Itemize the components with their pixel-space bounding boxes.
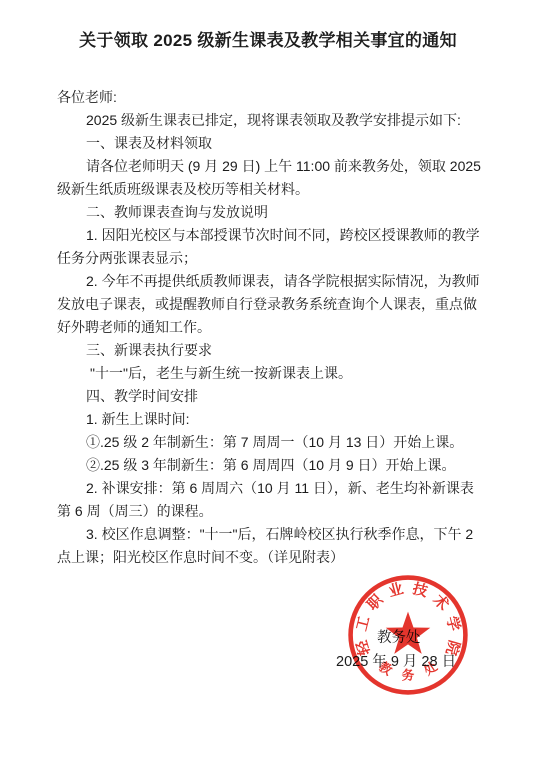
section-heading: 一、课表及材料领取 [57, 132, 481, 155]
body-line: 各位老师: [57, 86, 481, 109]
notice-title: 关于领取 2025 级新生课表及教学相关事宜的通知 [0, 26, 536, 51]
svg-text:技: 技 [410, 580, 430, 601]
body-line: 好外聘老师的通知工作。 [57, 316, 481, 339]
section-heading: 三、新课表执行要求 [57, 339, 481, 362]
body-line: 任务分两张课表显示； [57, 247, 481, 270]
body-line: "十一"后，老生与新生统一按新课表上课。 [57, 362, 481, 385]
body-line: 1. 因阳光校区与本部授课节次时间不同，跨校区授课教师的教学 [57, 224, 481, 247]
notice-body: 各位老师: 2025 级新生课表已排定，现将课表领取及教学安排提示如下: 一、课… [57, 86, 481, 569]
section-heading: 四、教学时间安排 [57, 385, 481, 408]
body-line: 2025 级新生课表已排定，现将课表领取及教学安排提示如下: [57, 109, 481, 132]
svg-text:职: 职 [364, 590, 387, 613]
body-line: 请各位老师明天 (9 月 29 日) 上午 11:00 前来教务处，领取 202… [57, 155, 481, 178]
svg-text:学: 学 [443, 614, 464, 633]
body-line: 级新生纸质班级课表及校历等相关材料。 [57, 178, 481, 201]
body-line: 3. 校区作息调整："十一"后，石牌岭校区执行秋季作息，下午 2 [57, 523, 481, 546]
body-line: 发放电子课表，或提醒教师自行登录教务系统查询个人课表，重点做 [57, 293, 481, 316]
signature-department: 教务处 [377, 626, 421, 647]
body-line: ①.25 级 2 年制新生：第 7 周周一（10 月 13 日）开始上课。 [57, 431, 481, 454]
body-line: 点上课；阳光校区作息时间不变。（详见附表） [57, 546, 481, 569]
signature-date: 2025 年 9 月 28 日 [336, 650, 456, 671]
body-line: 2. 今年不再提供纸质教师课表，请各学院根据实际情况，为教师 [57, 270, 481, 293]
body-line: 2. 补课安排：第 6 周周六（10 月 11 日），新、老生均补新课表 [57, 477, 481, 500]
body-line: 第 6 周（周三）的课程。 [57, 500, 481, 523]
section-heading: 二、教师课表查询与发放说明 [57, 201, 481, 224]
svg-text:工: 工 [354, 614, 373, 632]
svg-text:业: 业 [387, 580, 406, 600]
body-line: ②.25 级 3 年制新生：第 6 周周四（10 月 9 日）开始上课。 [57, 454, 481, 477]
svg-text:术: 术 [429, 591, 452, 614]
body-line: 1. 新生上课时间: [57, 408, 481, 431]
